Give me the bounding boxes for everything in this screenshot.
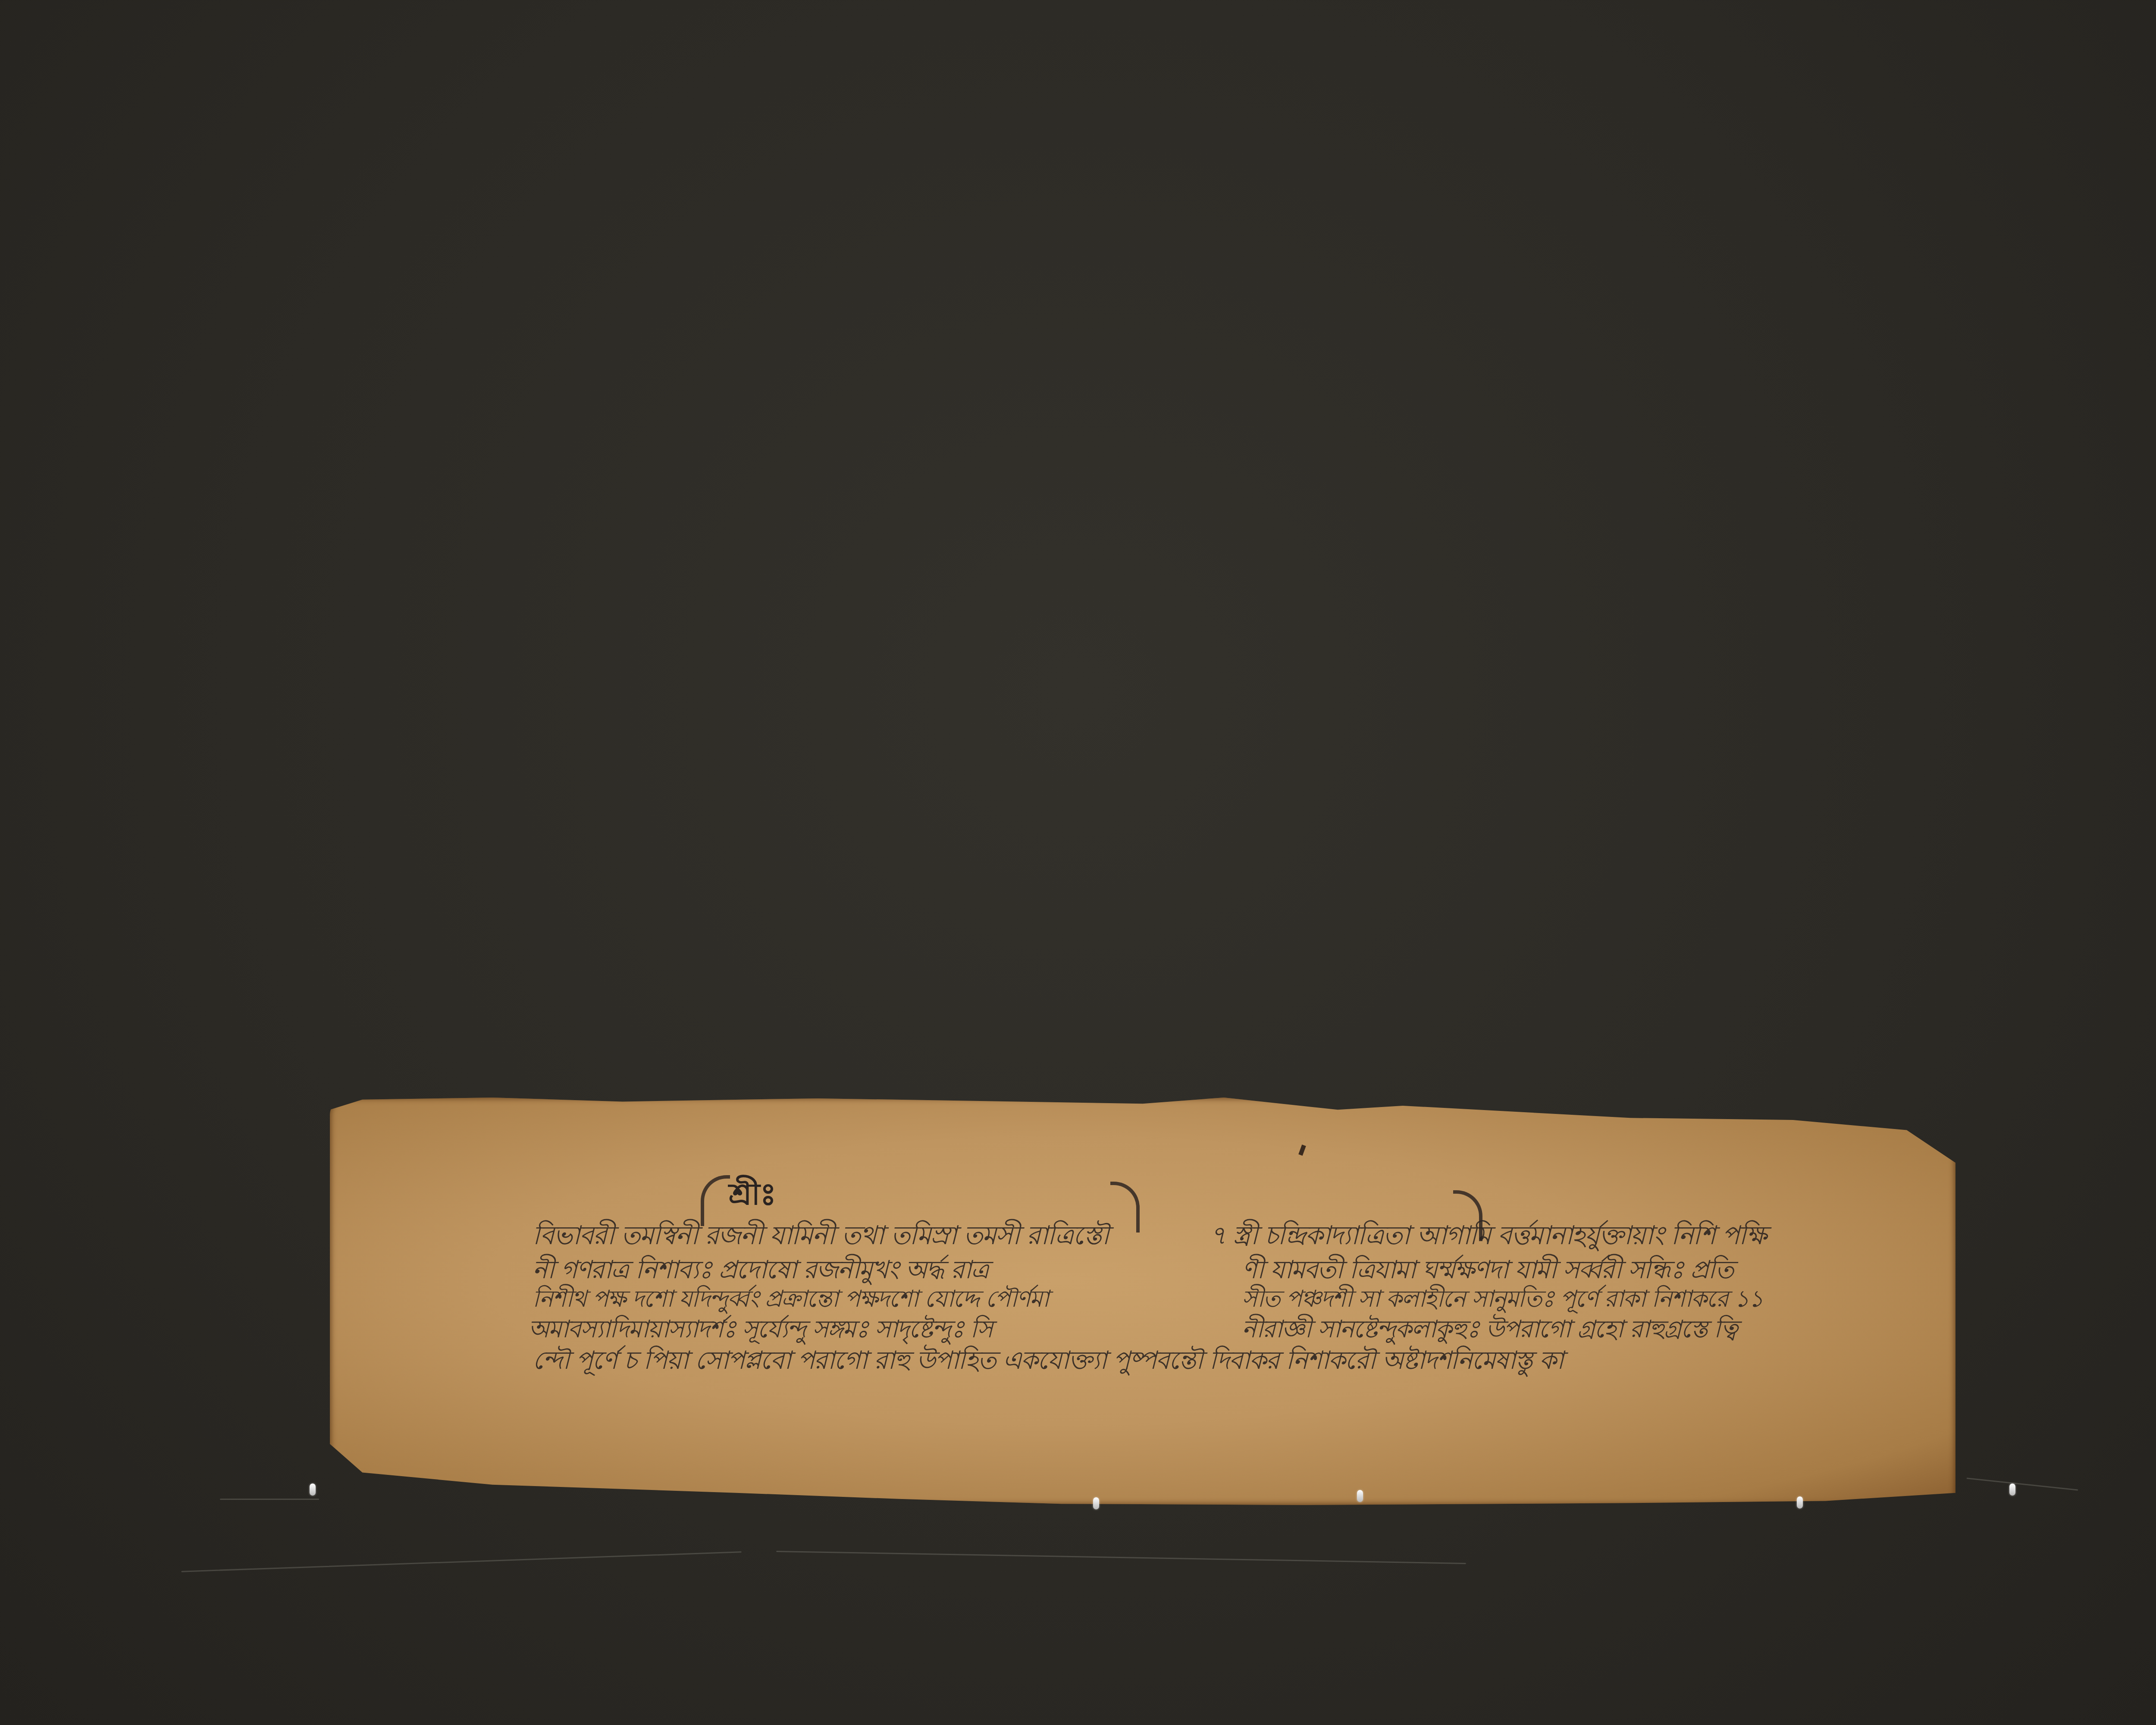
text-line-1-left: বিভাবরী তমস্বিনী রজনী যামিনী তথা তমিস্রা…: [533, 1223, 1240, 1248]
thread-5: [776, 1551, 1466, 1564]
thread-2: [1967, 1477, 2078, 1490]
text-line-1-right: ৭ স্ত্রী চন্দ্রিকাদ্যাত্রিতা আগামি বর্ত্…: [1210, 1223, 1766, 1248]
decorative-flourish-left: [701, 1175, 730, 1226]
text-line-4-left: অমাবস্যাদিমায়াস্যাদর্শঃ সূর্য্যেন্দু সঙ…: [528, 1317, 992, 1342]
thread-4: [181, 1551, 741, 1572]
text-line-5-full: ন্দৌ পূর্ণে চ পিয়া সোপপ্লবো পরাগো রাহু …: [533, 1348, 1563, 1373]
thread-1: [220, 1499, 319, 1500]
pin-1: [310, 1483, 316, 1496]
ink-mark: [1298, 1145, 1306, 1156]
pin-2: [1093, 1497, 1099, 1509]
text-line-2-left: নী গণরাত্র নিশাব্যঃ প্রদোষো রজনীমুখং অর্…: [533, 1257, 988, 1282]
text-line-2-right: ণী যামবতী ত্রিযামা ঘর্ম্মক্ষণদা যামী সর্…: [1242, 1257, 1733, 1282]
pin-3: [1357, 1490, 1363, 1502]
text-line-4-right: নীরাজ্ঞী সানষ্টেন্দুকলাকুহুঃ উপরাগো গ্রহ…: [1242, 1317, 1737, 1342]
pin-5: [2009, 1483, 2015, 1496]
pin-4: [1797, 1496, 1803, 1509]
invocation-text: শ্রীঃ: [729, 1171, 776, 1221]
text-line-3-right: সীত পঞ্চদশী সা কলাহীনে সানুমতিঃ পূর্ণে র…: [1242, 1287, 1763, 1311]
text-line-3-left: নিশীথ পক্ষ দশো যদিন্দুর্ব্বং প্রক্রান্তো…: [533, 1287, 1048, 1311]
manuscript-folio: শ্রীঃ বিভাবরী তমস্বিনী রজনী যামিনী তথা ত…: [330, 1098, 1955, 1505]
